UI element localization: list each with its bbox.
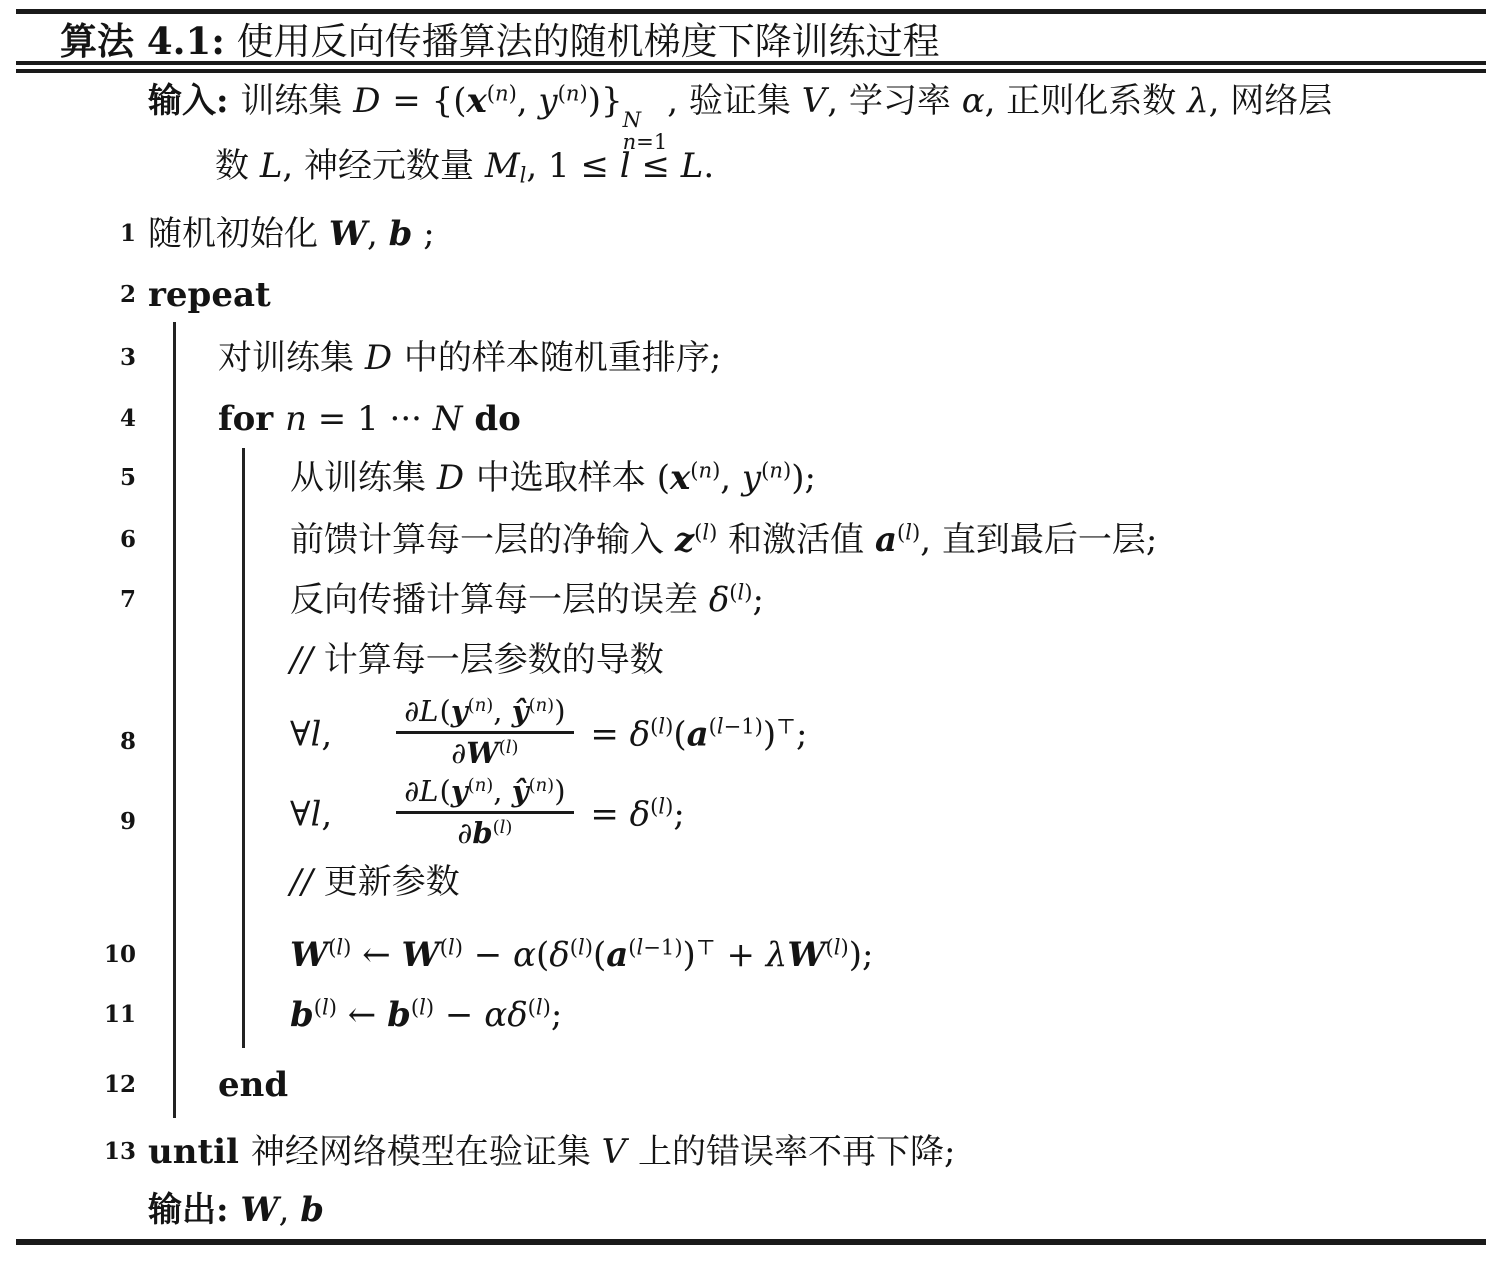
line-number-4: 4 bbox=[96, 404, 136, 434]
superscript: (n) bbox=[690, 457, 720, 482]
superscript: (l) bbox=[528, 994, 551, 1019]
line-number-13: 13 bbox=[96, 1137, 136, 1167]
text: ) bbox=[426, 994, 434, 1019]
text: , 学习率 bbox=[827, 81, 961, 121]
text: ( bbox=[487, 80, 495, 105]
superscript: (l−1) bbox=[709, 714, 763, 739]
math-vector: W bbox=[329, 214, 367, 254]
math-var: λ bbox=[1187, 81, 1209, 121]
superscript: (l) bbox=[897, 519, 920, 544]
text: , bbox=[493, 774, 511, 808]
superscript: (l) bbox=[694, 519, 717, 544]
text: ) bbox=[744, 579, 752, 604]
math-vector: ŷ bbox=[512, 774, 529, 808]
top-rule bbox=[16, 9, 1486, 14]
superscript: (l) bbox=[499, 737, 519, 758]
algo-line-comment-derivatives: // 计算每一层参数的导数 bbox=[290, 636, 664, 684]
text: ) bbox=[912, 519, 920, 544]
text: ) bbox=[512, 737, 519, 758]
text: 前馈计算每一层的净输入 bbox=[290, 520, 675, 560]
superscript: (n) bbox=[529, 695, 555, 716]
text: 计算每一层参数的导数 bbox=[324, 640, 664, 680]
text: ⊤ bbox=[696, 934, 716, 959]
algo-line-step-7: 反向传播计算每一层的误差 δ(l); bbox=[290, 576, 764, 624]
text: ← bbox=[351, 935, 401, 975]
caption-rule-lower bbox=[16, 69, 1486, 73]
for-block-rule bbox=[242, 448, 245, 1048]
keyword: 输出: bbox=[148, 1190, 240, 1230]
text: 对训练集 bbox=[218, 338, 365, 378]
superscript: ⊤ bbox=[776, 714, 796, 739]
text: ( bbox=[440, 934, 448, 959]
keyword: for bbox=[218, 399, 285, 439]
algo-line-output: 输出: W, b bbox=[148, 1186, 324, 1234]
line-number-3: 3 bbox=[96, 343, 136, 373]
superscript: (n) bbox=[468, 775, 494, 796]
math-vector: b bbox=[472, 816, 492, 850]
superscript: (l−1) bbox=[628, 934, 682, 959]
text: , 验证集 bbox=[667, 81, 801, 121]
text: ( bbox=[499, 737, 506, 758]
text: 随机初始化 bbox=[148, 214, 329, 254]
superscript: (l) bbox=[650, 714, 673, 739]
text: 更新参数 bbox=[324, 862, 460, 902]
algo-line-comment-update: // 更新参数 bbox=[290, 858, 460, 906]
text: ) bbox=[554, 774, 565, 808]
text: )} bbox=[588, 81, 623, 121]
math-vector: W bbox=[466, 736, 499, 770]
math-var: α bbox=[962, 81, 985, 121]
line-number-6: 6 bbox=[96, 525, 136, 555]
text: ) bbox=[329, 994, 337, 1019]
math-vector: y bbox=[451, 774, 468, 808]
text: ) bbox=[505, 817, 512, 838]
text: − bbox=[463, 935, 513, 975]
superscript: (n) bbox=[761, 457, 791, 482]
math-var: n bbox=[698, 457, 712, 482]
text: −1) bbox=[724, 714, 763, 739]
text: = {( bbox=[381, 81, 466, 121]
text: = bbox=[580, 794, 630, 834]
text: ) bbox=[840, 934, 848, 959]
text: ( bbox=[897, 519, 905, 544]
math-var: l bbox=[620, 146, 631, 186]
text: ( bbox=[593, 935, 606, 975]
algo-line-step-4: for n = 1 ··· N do bbox=[218, 395, 521, 443]
math-script: L bbox=[419, 694, 439, 728]
text: ( bbox=[673, 714, 686, 754]
text: , 神经元数量 bbox=[282, 146, 484, 186]
text: 反向传播计算每一层的误差 bbox=[290, 580, 709, 620]
algo-line-input-2: 数 L, 神经元数量 Ml, 1 ≤ l ≤ L. bbox=[215, 142, 714, 190]
text: ; bbox=[753, 580, 764, 620]
text: , 1 ≤ bbox=[526, 146, 619, 186]
math-vector: b bbox=[389, 214, 413, 254]
text: , bbox=[321, 794, 332, 834]
math-script: D bbox=[353, 81, 381, 121]
comment-marker: // bbox=[290, 862, 324, 902]
text: 上的错误率不再下降; bbox=[627, 1132, 955, 1172]
fraction-denominator: ∂W(l) bbox=[396, 731, 573, 771]
math-var: y bbox=[742, 458, 761, 498]
text: ) bbox=[585, 934, 593, 959]
text: 训练集 bbox=[240, 81, 353, 121]
text: ) bbox=[486, 775, 493, 796]
math-vector: W bbox=[240, 1190, 278, 1230]
math-var: M bbox=[485, 146, 520, 186]
math-script: V bbox=[602, 1132, 628, 1172]
text: ( bbox=[314, 994, 322, 1019]
fraction-denominator: ∂b(l) bbox=[396, 811, 573, 851]
text: ) bbox=[783, 457, 791, 482]
text: 和激活值 bbox=[717, 520, 875, 560]
line-number-1: 1 bbox=[96, 219, 136, 249]
text: ) bbox=[486, 695, 493, 716]
math-var: δ bbox=[709, 580, 729, 620]
algo-line-step-9: ∀l,∂L(y(n), ŷ(n))∂b(l) = δ(l); bbox=[290, 778, 685, 855]
text: ∂ bbox=[404, 694, 419, 728]
text: ( bbox=[439, 774, 450, 808]
keyword: 输入: bbox=[148, 81, 240, 121]
text: , 网络层 bbox=[1209, 81, 1333, 121]
math-vector: x bbox=[670, 458, 690, 498]
math-var: l bbox=[578, 934, 585, 959]
text: + bbox=[716, 935, 766, 975]
line-number-11: 11 bbox=[96, 1000, 136, 1030]
text: ) bbox=[763, 714, 776, 754]
text: −1) bbox=[643, 934, 682, 959]
math-var: n bbox=[566, 80, 580, 105]
math-var: n bbox=[769, 457, 783, 482]
math-script: D bbox=[365, 338, 393, 378]
math-vector: b bbox=[290, 995, 314, 1035]
math-vector: W bbox=[402, 935, 440, 975]
text: ) bbox=[547, 695, 554, 716]
text: ( bbox=[826, 934, 834, 959]
superscript: (n) bbox=[529, 775, 555, 796]
algo-line-step-1: 随机初始化 W, b ; bbox=[148, 210, 435, 258]
superscript: (l) bbox=[440, 934, 463, 959]
text: , bbox=[279, 1190, 301, 1230]
math-var: δ bbox=[507, 995, 527, 1035]
text: ) bbox=[455, 934, 463, 959]
fraction: ∂L(y(n), ŷ(n))∂W(l) bbox=[396, 694, 573, 771]
text: ∂ bbox=[457, 816, 472, 850]
text: ⊤ bbox=[776, 714, 796, 739]
superscript: (l) bbox=[570, 934, 593, 959]
math-var: l bbox=[448, 934, 455, 959]
math-var: l bbox=[419, 994, 426, 1019]
line-number-5: 5 bbox=[96, 463, 136, 493]
text: ( bbox=[528, 994, 536, 1019]
superscript: (l) bbox=[650, 794, 673, 819]
algo-line-step-12: end bbox=[218, 1061, 288, 1109]
text: , bbox=[517, 81, 539, 121]
repeat-block-rule bbox=[173, 322, 176, 1118]
caption-label: 算法 4.1: bbox=[60, 19, 225, 63]
math-vector: y bbox=[451, 694, 468, 728]
algo-line-step-2: repeat bbox=[148, 271, 271, 319]
text: ; bbox=[412, 214, 434, 254]
superscript: (l) bbox=[826, 934, 849, 959]
math-var: n bbox=[475, 695, 487, 716]
text: ; bbox=[673, 794, 684, 834]
superscript: (l) bbox=[729, 579, 752, 604]
fraction-numerator: ∂L(y(n), ŷ(n)) bbox=[396, 694, 573, 731]
algorithm-caption: 算法 4.1: 使用反向传播算法的随机梯度下降训练过程 bbox=[60, 19, 940, 64]
math-vector: ŷ bbox=[512, 694, 529, 728]
text: ∂ bbox=[404, 774, 419, 808]
superscript: (l) bbox=[328, 934, 351, 959]
stack-superscript: N bbox=[623, 109, 641, 131]
text: ( bbox=[570, 934, 578, 959]
text: ) bbox=[543, 994, 551, 1019]
text: − bbox=[434, 995, 484, 1035]
text: 神经网络模型在验证集 bbox=[251, 1132, 602, 1172]
math-var: δ bbox=[549, 935, 569, 975]
math-vector: b bbox=[387, 995, 411, 1035]
text: ∀ bbox=[290, 714, 311, 754]
math-var: l bbox=[536, 994, 543, 1019]
text: ( bbox=[558, 80, 566, 105]
keyword: end bbox=[218, 1065, 288, 1105]
math-var: L bbox=[260, 146, 283, 186]
text: ) bbox=[554, 694, 565, 728]
math-script: D bbox=[437, 458, 465, 498]
math-var: N bbox=[433, 399, 463, 439]
text: = 1 ··· bbox=[307, 399, 433, 439]
text: = bbox=[580, 714, 630, 754]
math-var: n bbox=[475, 775, 487, 796]
algo-line-step-13: until 神经网络模型在验证集 V 上的错误率不再下降; bbox=[148, 1128, 955, 1176]
caption-title: 使用反向传播算法的随机梯度下降训练过程 bbox=[225, 20, 940, 63]
algo-line-step-5: 从训练集 D 中选取样本 (x(n), y(n)); bbox=[290, 454, 816, 502]
text: 数 bbox=[215, 146, 260, 186]
line-number-8: 8 bbox=[96, 727, 136, 757]
math-var: α bbox=[513, 935, 536, 975]
text: ∀ bbox=[290, 794, 311, 834]
math-vector: a bbox=[606, 935, 628, 975]
line-number-7: 7 bbox=[96, 585, 136, 615]
text: ( bbox=[439, 694, 450, 728]
text: ( bbox=[628, 934, 636, 959]
algo-line-step-10: W(l) ← W(l) − α(δ(l)(a(l−1))⊤ + λW(l)); bbox=[290, 931, 873, 979]
math-var: α bbox=[484, 995, 507, 1035]
fraction-numerator: ∂L(y(n), ŷ(n)) bbox=[396, 774, 573, 811]
math-var: δ bbox=[630, 714, 650, 754]
math-vector: a bbox=[875, 520, 897, 560]
text: ≤ bbox=[631, 146, 681, 186]
math-vector: a bbox=[687, 714, 709, 754]
line-number-12: 12 bbox=[96, 1070, 136, 1100]
text: ) bbox=[547, 775, 554, 796]
math-script: V bbox=[802, 81, 828, 121]
text: ( bbox=[709, 714, 717, 739]
keyword: until bbox=[148, 1132, 251, 1172]
math-var: l bbox=[311, 794, 322, 834]
line-number-2: 2 bbox=[96, 280, 136, 310]
fraction: ∂L(y(n), ŷ(n))∂b(l) bbox=[396, 774, 573, 851]
superscript: (n) bbox=[468, 695, 494, 716]
text: ) bbox=[579, 80, 587, 105]
algo-line-step-3: 对训练集 D 中的样本随机重排序; bbox=[218, 334, 721, 382]
math-var: l bbox=[311, 714, 322, 754]
math-var: n bbox=[285, 399, 307, 439]
math-var: δ bbox=[630, 794, 650, 834]
text: ∂ bbox=[451, 736, 466, 770]
superscript: ⊤ bbox=[696, 934, 716, 959]
text: ) bbox=[683, 935, 696, 975]
math-var: λ bbox=[766, 935, 788, 975]
superscript: (l) bbox=[314, 994, 337, 1019]
text: , bbox=[367, 214, 389, 254]
math-var: y bbox=[538, 81, 557, 121]
math-vector: W bbox=[290, 935, 328, 975]
math-var: n bbox=[536, 695, 548, 716]
math-var: l bbox=[717, 714, 724, 739]
text: 从训练集 bbox=[290, 458, 437, 498]
text: 中选取样本 ( bbox=[465, 458, 670, 498]
text: ); bbox=[849, 935, 874, 975]
text: , 正则化系数 bbox=[985, 81, 1187, 121]
text: ← bbox=[337, 995, 387, 1035]
algo-line-step-11: b(l) ← b(l) − αδ(l); bbox=[290, 991, 562, 1039]
algo-line-step-8: ∀l,∂L(y(n), ŷ(n))∂W(l) = δ(l)(a(l−1))⊤; bbox=[290, 698, 807, 775]
text: ); bbox=[791, 458, 816, 498]
text: ( bbox=[411, 994, 419, 1019]
superscript: (n) bbox=[487, 80, 517, 105]
algo-line-step-6: 前馈计算每一层的净输入 z(l) 和激活值 a(l), 直到最后一层; bbox=[290, 516, 1157, 564]
keyword: repeat bbox=[148, 275, 271, 315]
text: ( bbox=[536, 935, 549, 975]
math-var: n bbox=[495, 80, 509, 105]
text: ; bbox=[551, 995, 562, 1035]
superscript: (l) bbox=[493, 817, 513, 838]
text: 中的样本随机重排序; bbox=[393, 338, 721, 378]
text: , bbox=[321, 714, 332, 754]
math-var: n bbox=[536, 775, 548, 796]
text: , bbox=[720, 458, 742, 498]
math-vector: b bbox=[300, 1190, 324, 1230]
keyword: do bbox=[463, 399, 521, 439]
comment-marker: // bbox=[290, 640, 324, 680]
math-var: l bbox=[322, 994, 329, 1019]
text: ) bbox=[509, 80, 517, 105]
text: , 直到最后一层; bbox=[920, 520, 1157, 560]
bottom-rule bbox=[16, 1239, 1486, 1245]
text: ; bbox=[796, 714, 807, 754]
math-vector: z bbox=[675, 520, 694, 560]
caption-rule-upper bbox=[16, 61, 1486, 65]
math-vector: W bbox=[787, 935, 825, 975]
superscript: (l) bbox=[411, 994, 434, 1019]
math-vector: x bbox=[466, 81, 486, 121]
math-script: L bbox=[419, 774, 439, 808]
algorithm-box: 算法 4.1: 使用反向传播算法的随机梯度下降训练过程 输入: 训练集 D = … bbox=[0, 0, 1502, 1272]
text: . bbox=[703, 146, 714, 186]
line-number-9: 9 bbox=[96, 807, 136, 837]
text: ( bbox=[729, 579, 737, 604]
line-number-10: 10 bbox=[96, 940, 136, 970]
math-var: L bbox=[681, 146, 704, 186]
text: , bbox=[493, 694, 511, 728]
superscript: (n) bbox=[558, 80, 588, 105]
math-var: l bbox=[905, 519, 912, 544]
